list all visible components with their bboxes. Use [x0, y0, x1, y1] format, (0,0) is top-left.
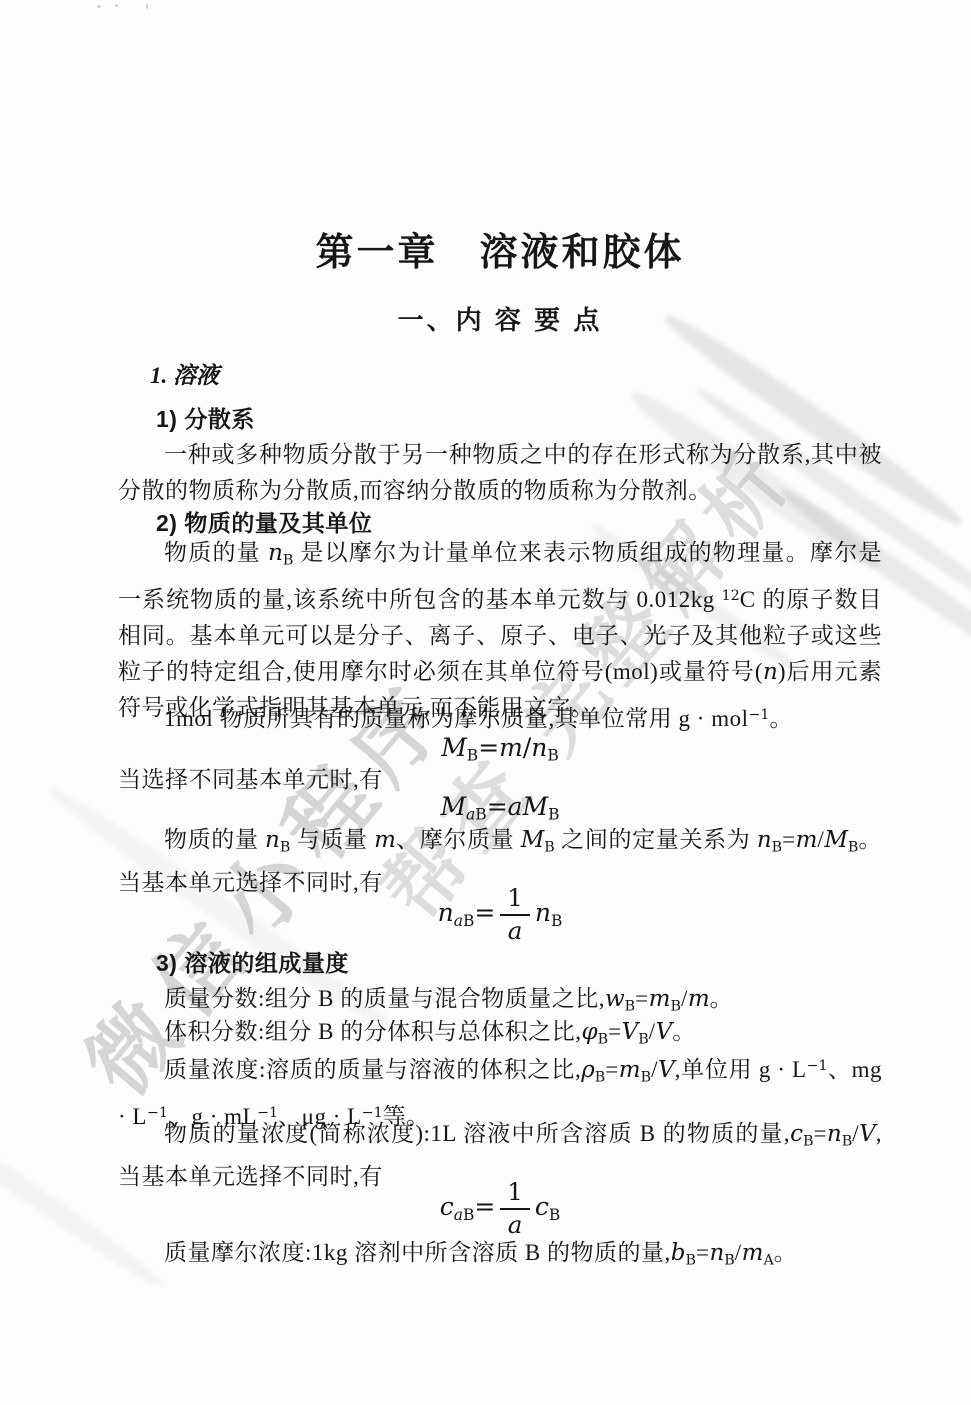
- paragraph-dispersion: 一种或多种物质分散于另一种物质之中的存在形式称为分散系,其中被分散的物质称为分散…: [118, 437, 882, 509]
- heading-composition-measures: 3) 溶液的组成量度: [156, 948, 882, 979]
- paragraph-molality: 质量摩尔浓度:1kg 溶剂中所含溶质 B 的物质的量,bB=nB/mA。: [118, 1235, 882, 1278]
- formula-caB: caB=1acB: [118, 1178, 882, 1239]
- heading-solution: 1. 溶液: [150, 360, 882, 391]
- section-heading: 一、内 容 要 点: [118, 303, 882, 337]
- scan-speck: [97, 5, 101, 8]
- heading-dispersion-system: 1) 分散系: [156, 404, 882, 435]
- scanned-textbook-page: 微信小程序 帮查 完整解析 第一章 溶液和胶体 一、内 容 要 点 1. 溶液 …: [0, 0, 971, 1405]
- chapter-title: 第一章 溶液和胶体: [118, 230, 882, 276]
- formula-naB: naB=1anB: [118, 884, 882, 945]
- page-content: 第一章 溶液和胶体 一、内 容 要 点 1. 溶液 1) 分散系 一种或多种物质…: [118, 0, 882, 1405]
